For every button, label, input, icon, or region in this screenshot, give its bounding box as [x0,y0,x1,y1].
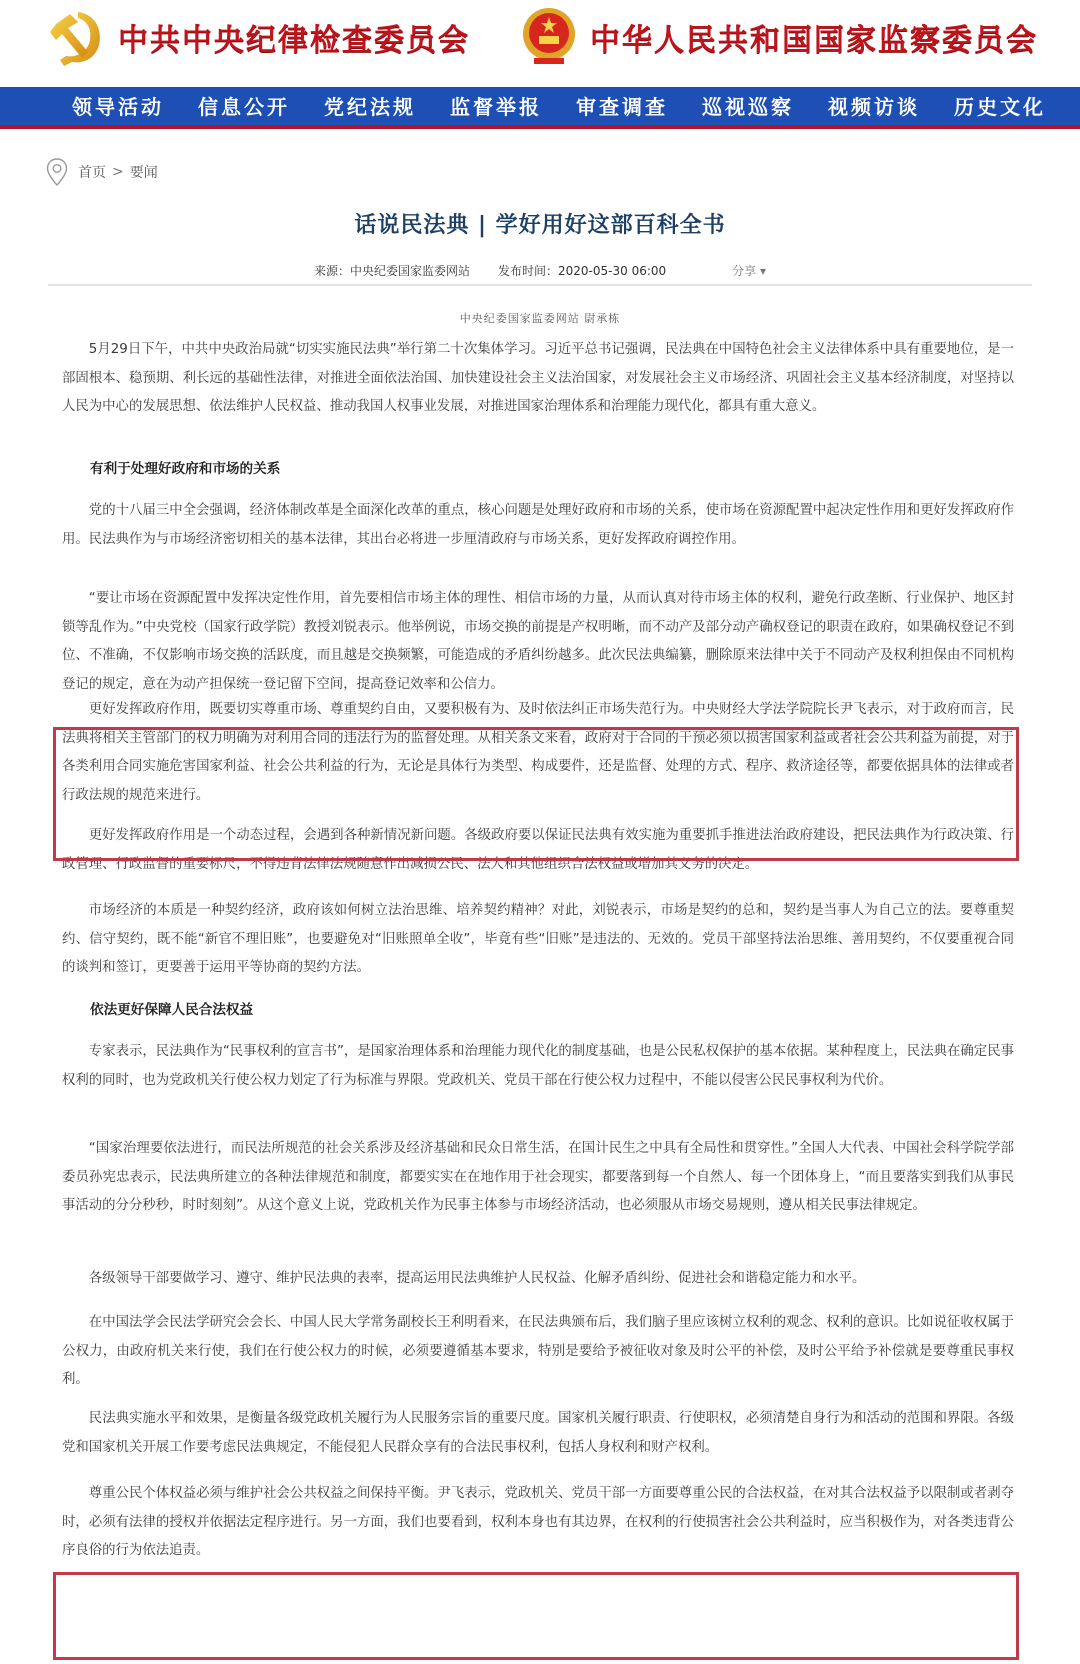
divider [48,284,1032,286]
national-emblem-icon [520,6,578,68]
article-date: 发布时间：2020-05-30 06:00 [498,262,666,279]
paragraph: 民法典实施水平和效果，是衡量各级党政机关履行为人民服务宗旨的重要尺度。国家机关履… [62,1405,1014,1462]
article-meta: 来源：中央纪委国家监委网站 发布时间：2020-05-30 06:00 分享 ▾ [0,262,1080,279]
main-nav: 领导活动 信息公开 党纪法规 监督举报 审查调查 巡视巡察 视频访谈 历史文化 [0,87,1080,129]
ccdi-name: 中共中央纪律检查委员会 [118,15,470,59]
paragraph: “国家治理要依法进行，而民法所规范的社会关系涉及经济基础和民众日常生活，在国计民… [62,1135,1014,1221]
location-pin-icon [46,158,68,186]
ccdi-logo[interactable]: 中共中央纪律检查委员会 [48,6,470,68]
nav-inspection[interactable]: 巡视巡察 [702,87,794,125]
paragraph: 专家表示，民法典作为“民事权利的宣言书”，是国家治理体系和治理能力现代化的制度基… [62,1038,1014,1095]
breadcrumb: 首页 > 要闻 [46,158,158,186]
section-heading-2: 依法更好保障人民合法权益 [90,998,253,1018]
article-source: 来源：中央纪委国家监委网站 [314,262,470,279]
breadcrumb-current[interactable]: 要闻 [130,162,158,182]
paragraph: 各级领导干部要做学习、遵守、维护民法典的表率，提高运用民法典维护人民权益、化解矛… [62,1265,1014,1294]
nav-history-culture[interactable]: 历史文化 [954,87,1046,125]
paragraph: 在中国法学会民法学研究会会长、中国人民大学常务副校长王利明看来，在民法典颁布后，… [62,1309,1014,1395]
breadcrumb-separator: > [112,164,124,180]
paragraph-intro: 5月29日下午，中共中央政治局就“切实实施民法典”举行第二十次集体学习。习近平总… [62,336,1014,422]
nav-party-regulations[interactable]: 党纪法规 [324,87,416,125]
nav-investigation[interactable]: 审查调查 [576,87,668,125]
party-emblem-icon [48,6,106,68]
paragraph: 党的十八届三中全会强调，经济体制改革是全面深化改革的重点，核心问题是处理好政府和… [62,497,1014,554]
nav-video-interview[interactable]: 视频访谈 [828,87,920,125]
nsc-name: 中华人民共和国国家监察委员会 [590,15,1038,59]
paragraph-highlighted-2: 尊重公民个体权益必须与维护社会公共权益之间保持平衡。尹飞表示，党政机关、党员干部… [62,1480,1014,1566]
article-byline: 中央纪委国家监委网站 尉承栋 [0,310,1080,326]
section-heading-1: 有利于处理好政府和市场的关系 [90,457,280,477]
highlight-box-1 [53,727,1019,861]
nav-supervision-report[interactable]: 监督举报 [450,87,542,125]
site-header: 中共中央纪律检查委员会 中华人民共和国国家监察委员会 [0,0,1080,86]
breadcrumb-home[interactable]: 首页 [78,162,106,182]
article-title: 话说民法典 | 学好用好这部百科全书 [0,208,1080,239]
highlight-box-2 [53,1572,1019,1660]
nsc-logo[interactable]: 中华人民共和国国家监察委员会 [520,6,1038,68]
nav-leadership[interactable]: 领导活动 [72,87,164,125]
paragraph: “要让市场在资源配置中发挥决定性作用，首先要相信市场主体的理性、相信市场的力量，… [62,585,1014,699]
paragraph: 市场经济的本质是一种契约经济，政府该如何树立法治思维、培养契约精神？对此，刘锐表… [62,897,1014,983]
share-dropdown[interactable]: 分享 ▾ [732,262,766,279]
nav-info-disclosure[interactable]: 信息公开 [198,87,290,125]
